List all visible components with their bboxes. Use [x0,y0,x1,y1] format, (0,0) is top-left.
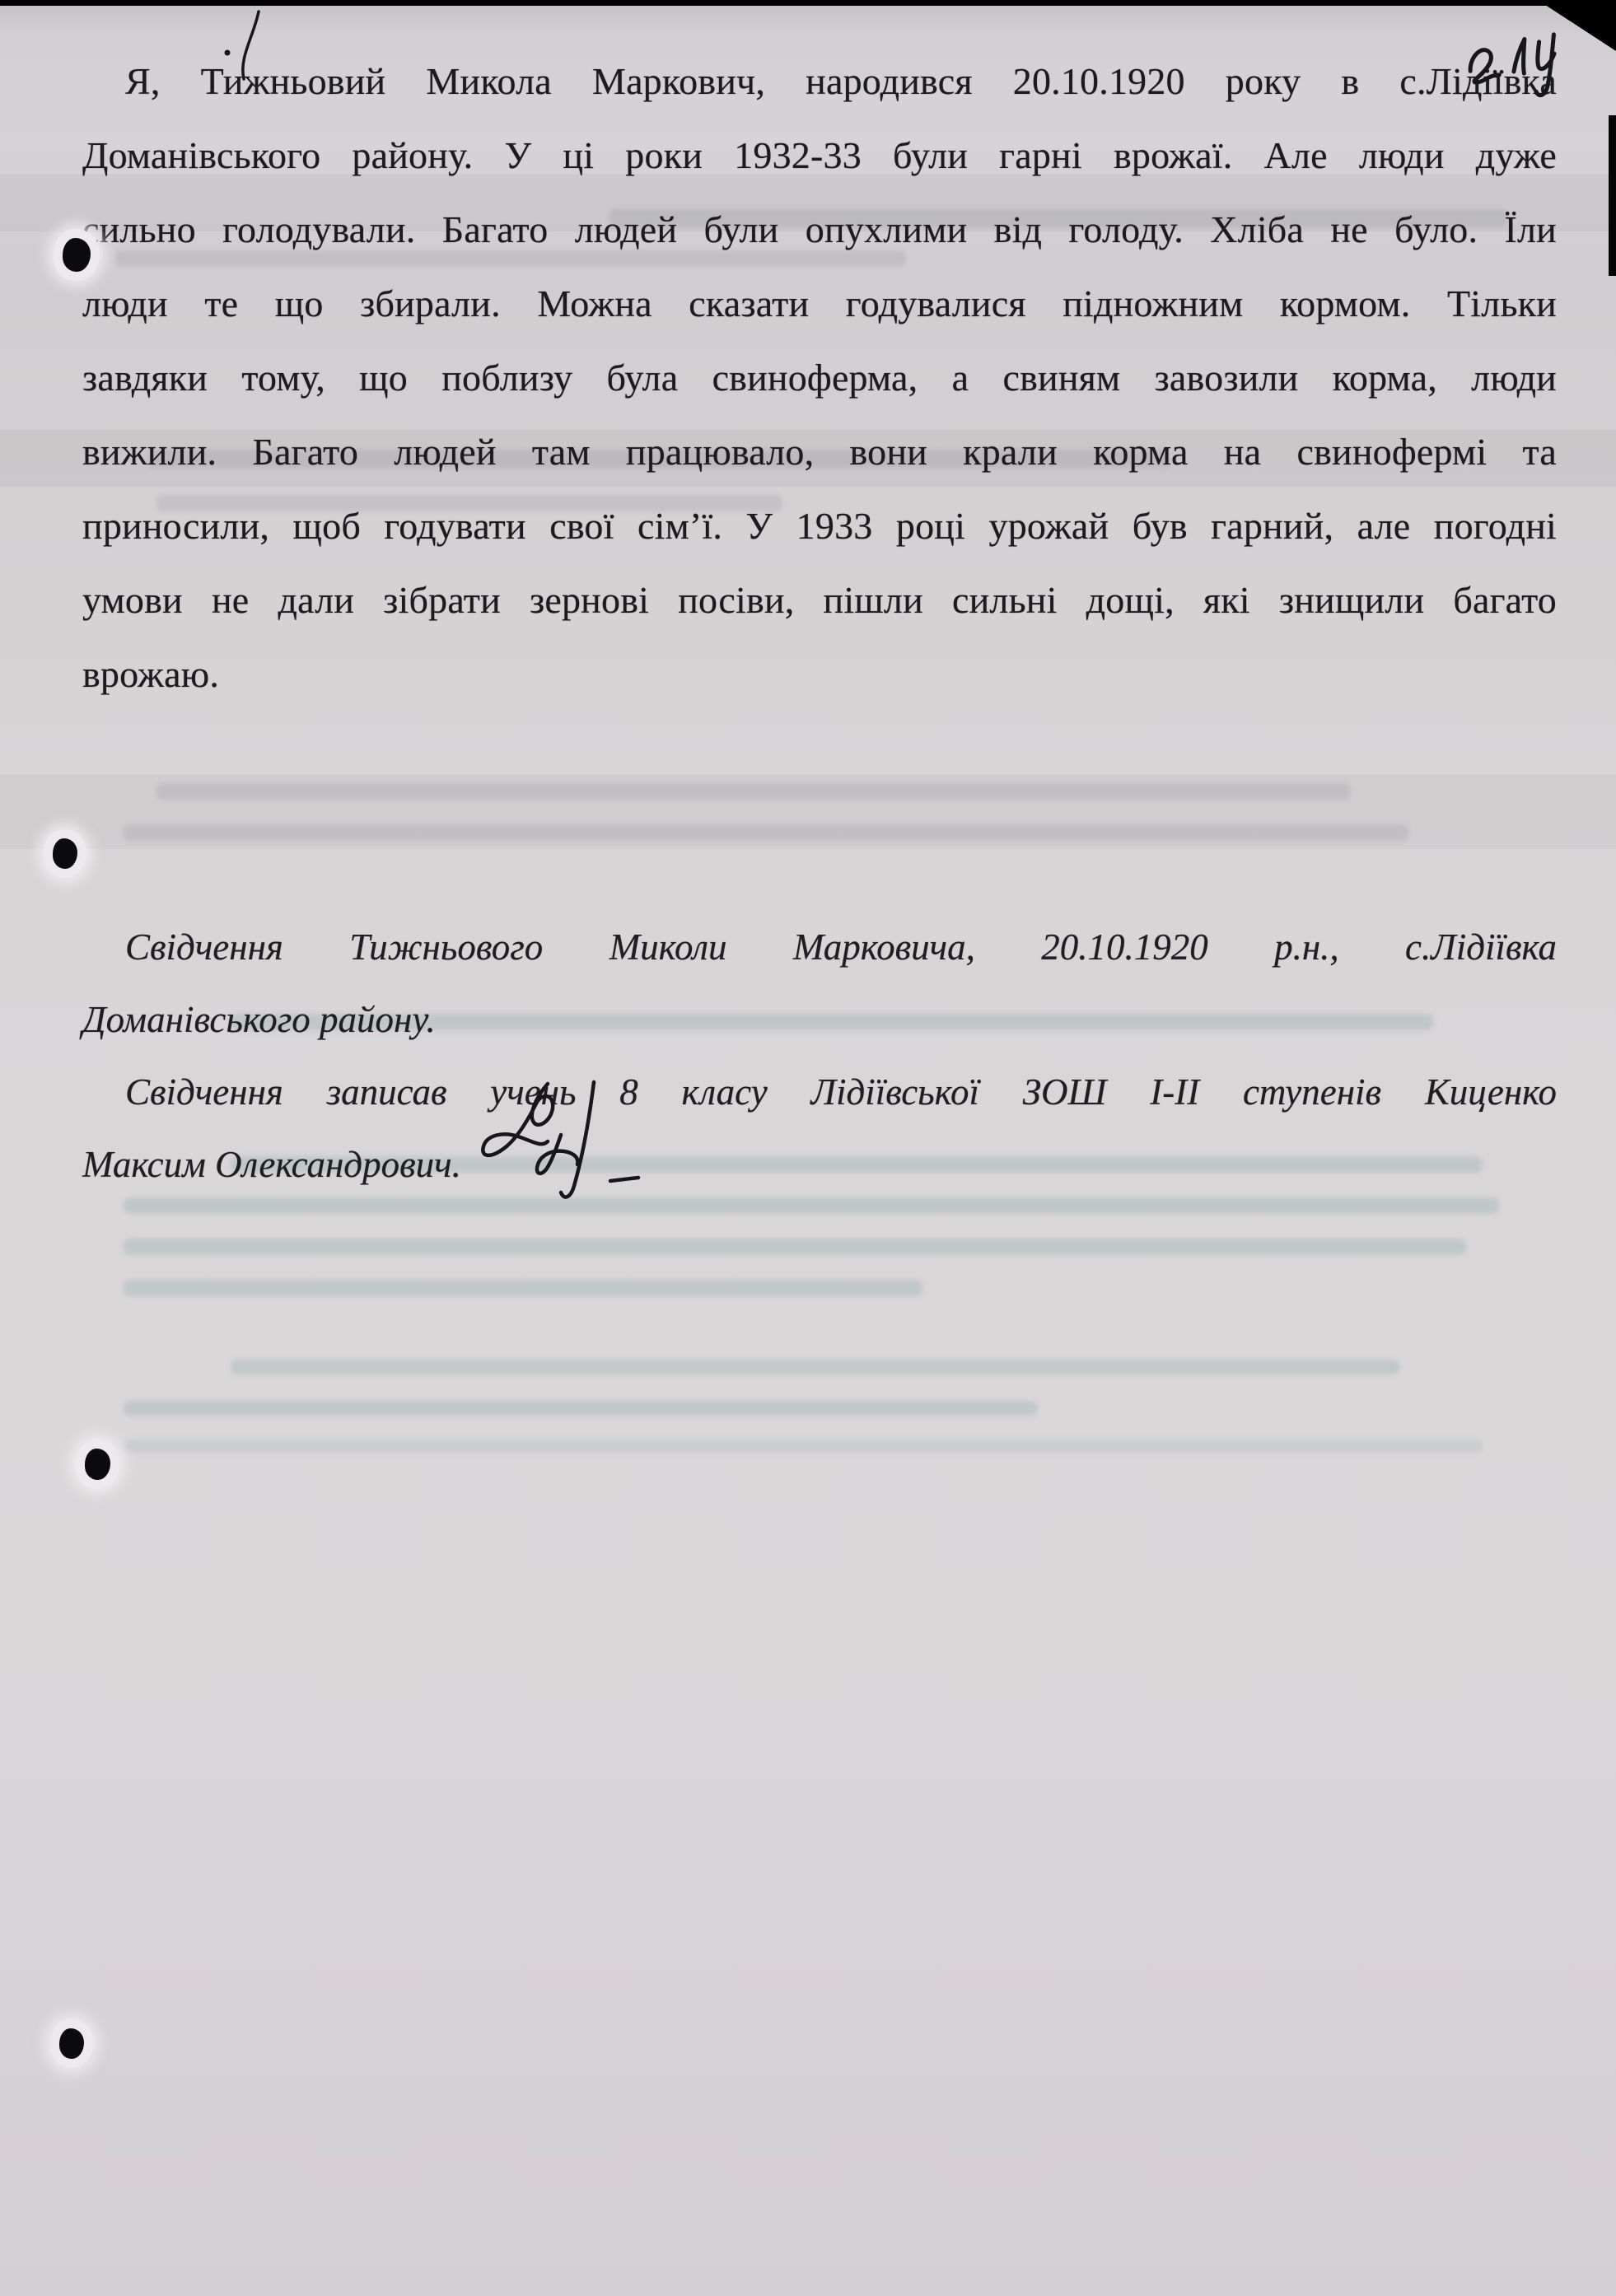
text-line: Я, Тижньовий Микола Маркович, народився … [82,44,1557,119]
text-line: вижили. Багато людей там працювало, вони… [82,415,1557,489]
hole-punch [59,2028,84,2059]
bleed-through-line [124,824,1408,841]
text-line: приносили, щоб годувати свої сім’ї. У 19… [82,489,1557,563]
text-line: умови не дали зібрати зернові посіви, пі… [82,563,1557,637]
hole-punch [85,1449,110,1480]
hole-punch [53,838,77,869]
pen-stroke-mark [221,7,278,101]
text-line: Доманівського району. [82,983,1557,1056]
hole-punch [63,238,91,272]
bleed-through-line [124,1440,1483,1453]
text-line: Максим Олександрович. [82,1128,1557,1201]
text-line: Доманівського району. У ці роки 1932-33 … [82,119,1557,193]
bleed-through-line [124,1401,1038,1416]
testimony-paragraph: Я, Тижньовий Микола Маркович, народився … [82,44,1557,712]
attribution-paragraph-2: Свідчення записав учень 8 класу Лідіївсь… [82,1056,1557,1201]
scan-edge-right [1609,115,1616,276]
text-line: Свідчення Тижньового Миколи Марковича, 2… [82,911,1557,983]
bleed-through-line [124,1280,922,1296]
attribution-paragraph-1: Свідчення Тижньового Миколи Марковича, 2… [82,911,1557,1056]
bleed-through-line [156,783,1351,800]
text-line: сильно голодували. Багато людей були опу… [82,193,1557,267]
bleed-through-line [231,1360,1400,1374]
text-line: люди те що збирали. Можна сказати годува… [82,267,1557,341]
text-line: Свідчення записав учень 8 класу Лідіївсь… [82,1056,1557,1128]
text-line: завдяки тому, що поблизу була свиноферма… [82,341,1557,415]
handwritten-signature [449,1066,688,1210]
text-line: врожаю. [82,637,1557,712]
scan-edge-top [0,0,1616,6]
scan-shading-band [0,775,1616,849]
scanned-document-page: Я, Тижньовий Микола Маркович, народився … [0,5,1616,2296]
bleed-through-line [124,1239,1466,1255]
